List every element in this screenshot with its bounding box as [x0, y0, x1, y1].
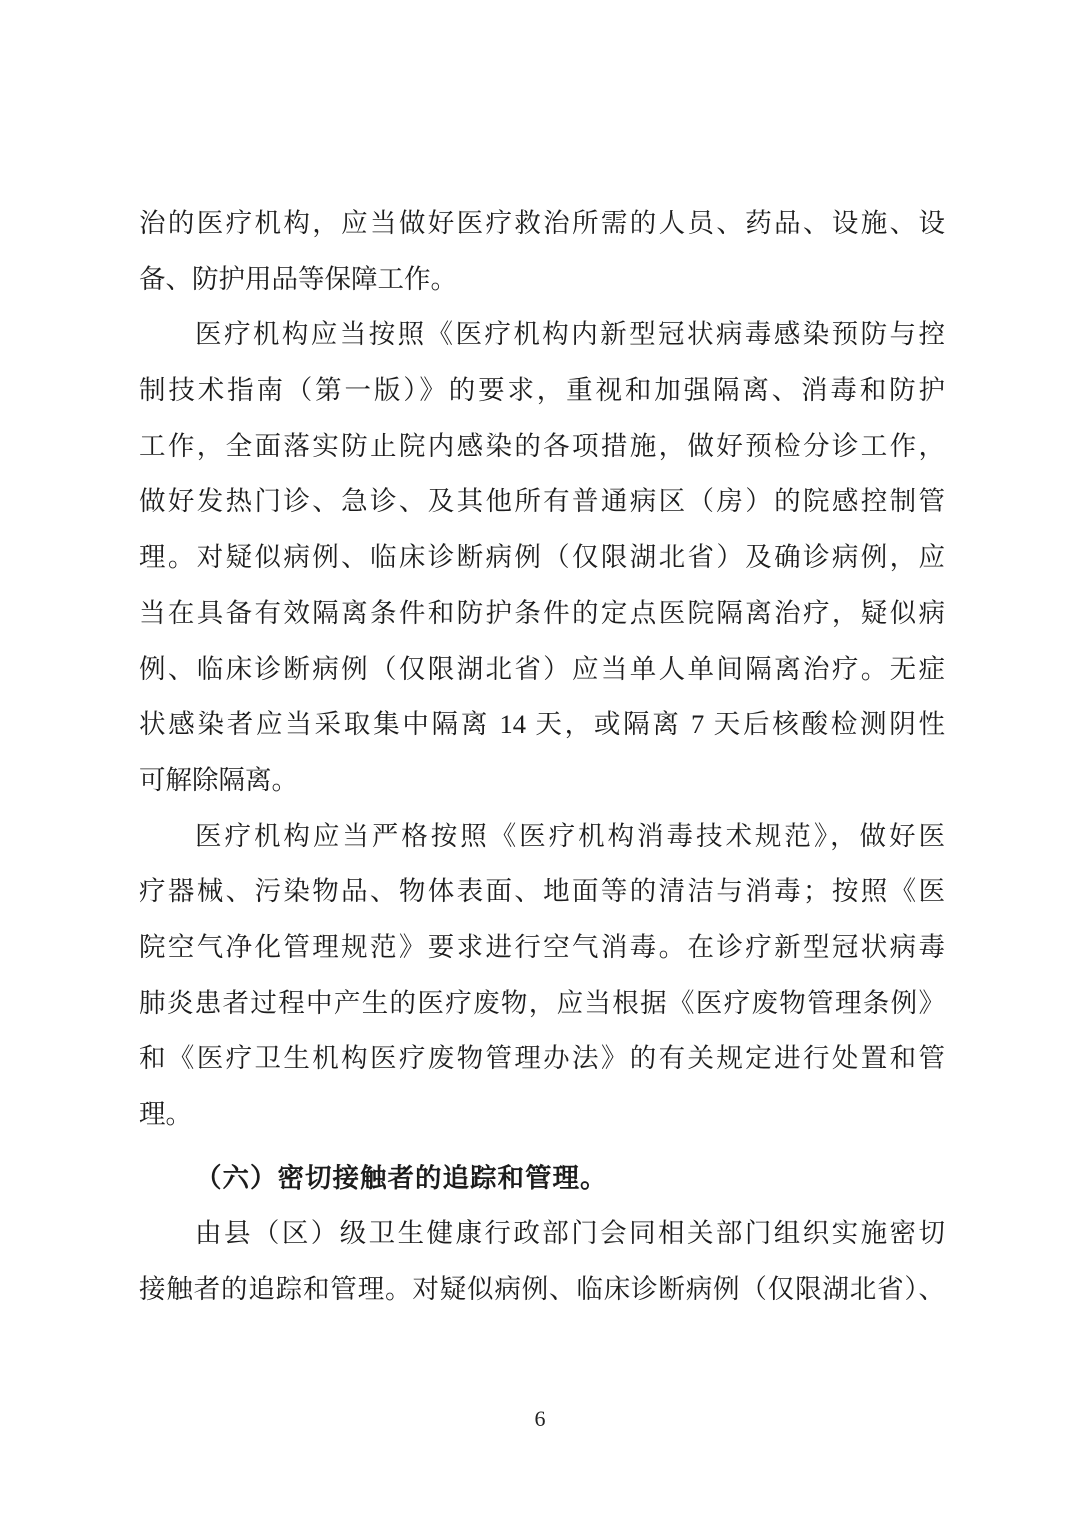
text-line: 理。对疑似病例、临床诊断病例（仅限湖北省）及确诊病例，应 — [139, 530, 945, 586]
text-line: 理。 — [139, 1087, 945, 1143]
text-line: 肺炎患者过程中产生的医疗废物，应当根据《医疗废物管理条例》 — [139, 976, 945, 1032]
text-line: 工作，全面落实防止院内感染的各项措施，做好预检分诊工作， — [139, 419, 945, 475]
document-body: 治的医疗机构，应当做好医疗救治所需的人员、药品、设施、设备、防护用品等保障工作。… — [139, 196, 945, 1318]
text-line: 接触者的追踪和管理。对疑似病例、临床诊断病例（仅限湖北省）、 — [139, 1262, 945, 1318]
text-line: 由县（区）级卫生健康行政部门会同相关部门组织实施密切 — [139, 1206, 945, 1262]
text-line: 和《医疗卫生机构医疗废物管理办法》的有关规定进行处置和管 — [139, 1031, 945, 1087]
text-line: 例、临床诊断病例（仅限湖北省）应当单人单间隔离治疗。无症 — [139, 642, 945, 698]
document-page: 治的医疗机构，应当做好医疗救治所需的人员、药品、设施、设备、防护用品等保障工作。… — [0, 0, 1080, 1526]
text-line: 制技术指南（第一版）》的要求，重视和加强隔离、消毒和防护 — [139, 363, 945, 419]
text-line: 院空气净化管理规范》要求进行空气消毒。在诊疗新型冠状病毒 — [139, 920, 945, 976]
text-line: 做好发热门诊、急诊、及其他所有普通病区（房）的院感控制管 — [139, 474, 945, 530]
text-line: 当在具备有效隔离条件和防护条件的定点医院隔离治疗，疑似病 — [139, 586, 945, 642]
text-line: 医疗机构应当按照《医疗机构内新型冠状病毒感染预防与控 — [139, 307, 945, 363]
text-line: 疗器械、污染物品、物体表面、地面等的清洁与消毒；按照《医 — [139, 864, 945, 920]
page-number: 6 — [0, 1406, 1080, 1432]
text-line: 备、防护用品等保障工作。 — [139, 252, 945, 308]
section-heading: （六）密切接触者的追踪和管理。 — [139, 1151, 945, 1207]
text-line: 可解除隔离。 — [139, 753, 945, 809]
text-line: 医疗机构应当严格按照《医疗机构消毒技术规范》，做好医 — [139, 809, 945, 865]
text-line: 状感染者应当采取集中隔离 14 天，或隔离 7 天后核酸检测阴性 — [139, 697, 945, 753]
text-line: 治的医疗机构，应当做好医疗救治所需的人员、药品、设施、设 — [139, 196, 945, 252]
